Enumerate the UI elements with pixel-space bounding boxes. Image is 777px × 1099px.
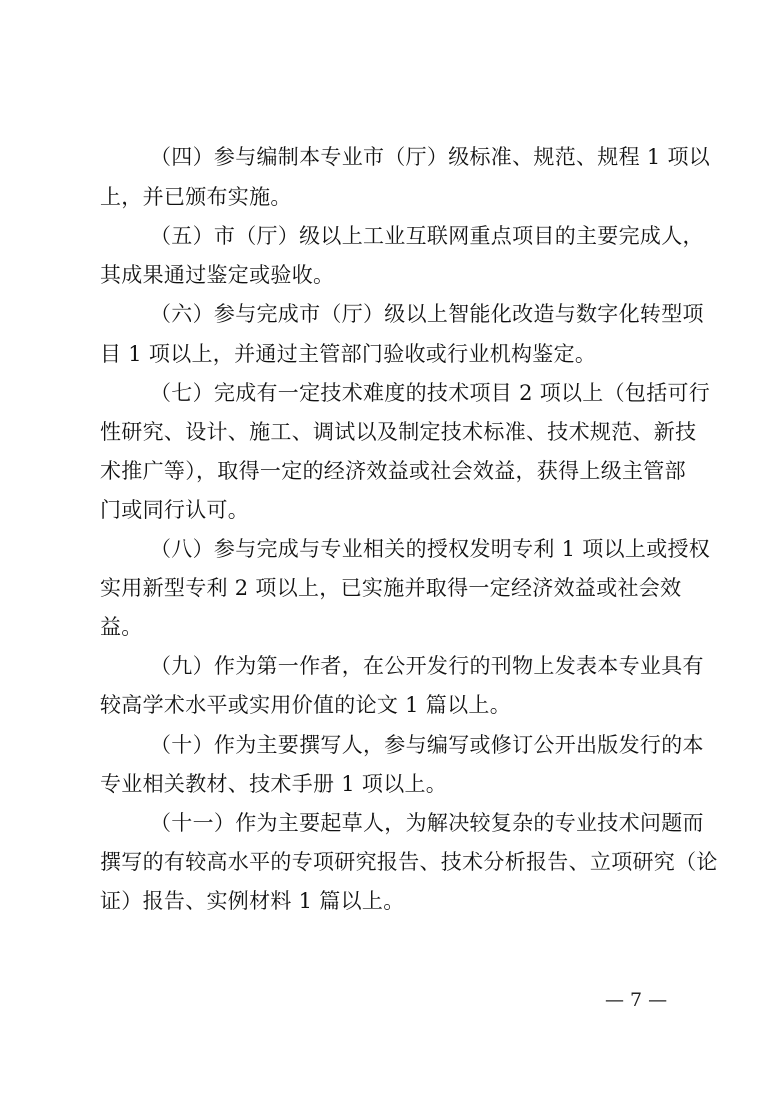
- paragraph-line: 较高学术水平或实用价值的论文 1 篇以上。: [100, 691, 680, 719]
- paragraph-line: （四）参与编制本专业市（厅）级标准、规范、规程 1 项以: [150, 143, 680, 171]
- paragraph-line: （九）作为第一作者，在公开发行的刊物上发表本专业具有: [150, 652, 680, 680]
- paragraph-line: （七）完成有一定技术难度的技术项目 2 项以上（包括可行: [150, 379, 680, 407]
- paragraph-line: 目 1 项以上，并通过主管部门验收或行业机构鉴定。: [100, 340, 680, 368]
- paragraph-line: 性研究、设计、施工、调试以及制定技术标准、技术规范、新技: [100, 418, 680, 446]
- page-number: — 7 —: [605, 988, 667, 1012]
- paragraph-line: （十）作为主要撰写人，参与编写或修订公开出版发行的本: [150, 731, 680, 759]
- paragraph-line: 益。: [100, 613, 680, 641]
- document-page: （四）参与编制本专业市（厅）级标准、规范、规程 1 项以 上，并已颁布实施。 （…: [0, 0, 777, 1099]
- paragraph-line: 门或同行认可。: [100, 496, 680, 524]
- paragraph-line: 专业相关教材、技术手册 1 项以上。: [100, 770, 680, 798]
- paragraph-line: 术推广等），取得一定的经济效益或社会效益，获得上级主管部: [100, 457, 680, 485]
- paragraph-line: 上，并已颁布实施。: [100, 183, 680, 211]
- paragraph-line: 实用新型专利 2 项以上，已实施并取得一定经济效益或社会效: [100, 574, 680, 602]
- paragraph-line: 其成果通过鉴定或验收。: [100, 261, 680, 289]
- paragraph-line: （六）参与完成市（厅）级以上智能化改造与数字化转型项: [150, 300, 680, 328]
- paragraph-line: 撰写的有较高水平的专项研究报告、技术分析报告、立项研究（论: [100, 848, 680, 876]
- paragraph-line: 证）报告、实例材料 1 篇以上。: [100, 887, 680, 915]
- paragraph-line: （八）参与完成与专业相关的授权发明专利 1 项以上或授权: [150, 535, 680, 563]
- paragraph-line: （十一）作为主要起草人，为解决较复杂的专业技术问题而: [150, 809, 680, 837]
- paragraph-line: （五）市（厅）级以上工业互联网重点项目的主要完成人，: [150, 222, 680, 250]
